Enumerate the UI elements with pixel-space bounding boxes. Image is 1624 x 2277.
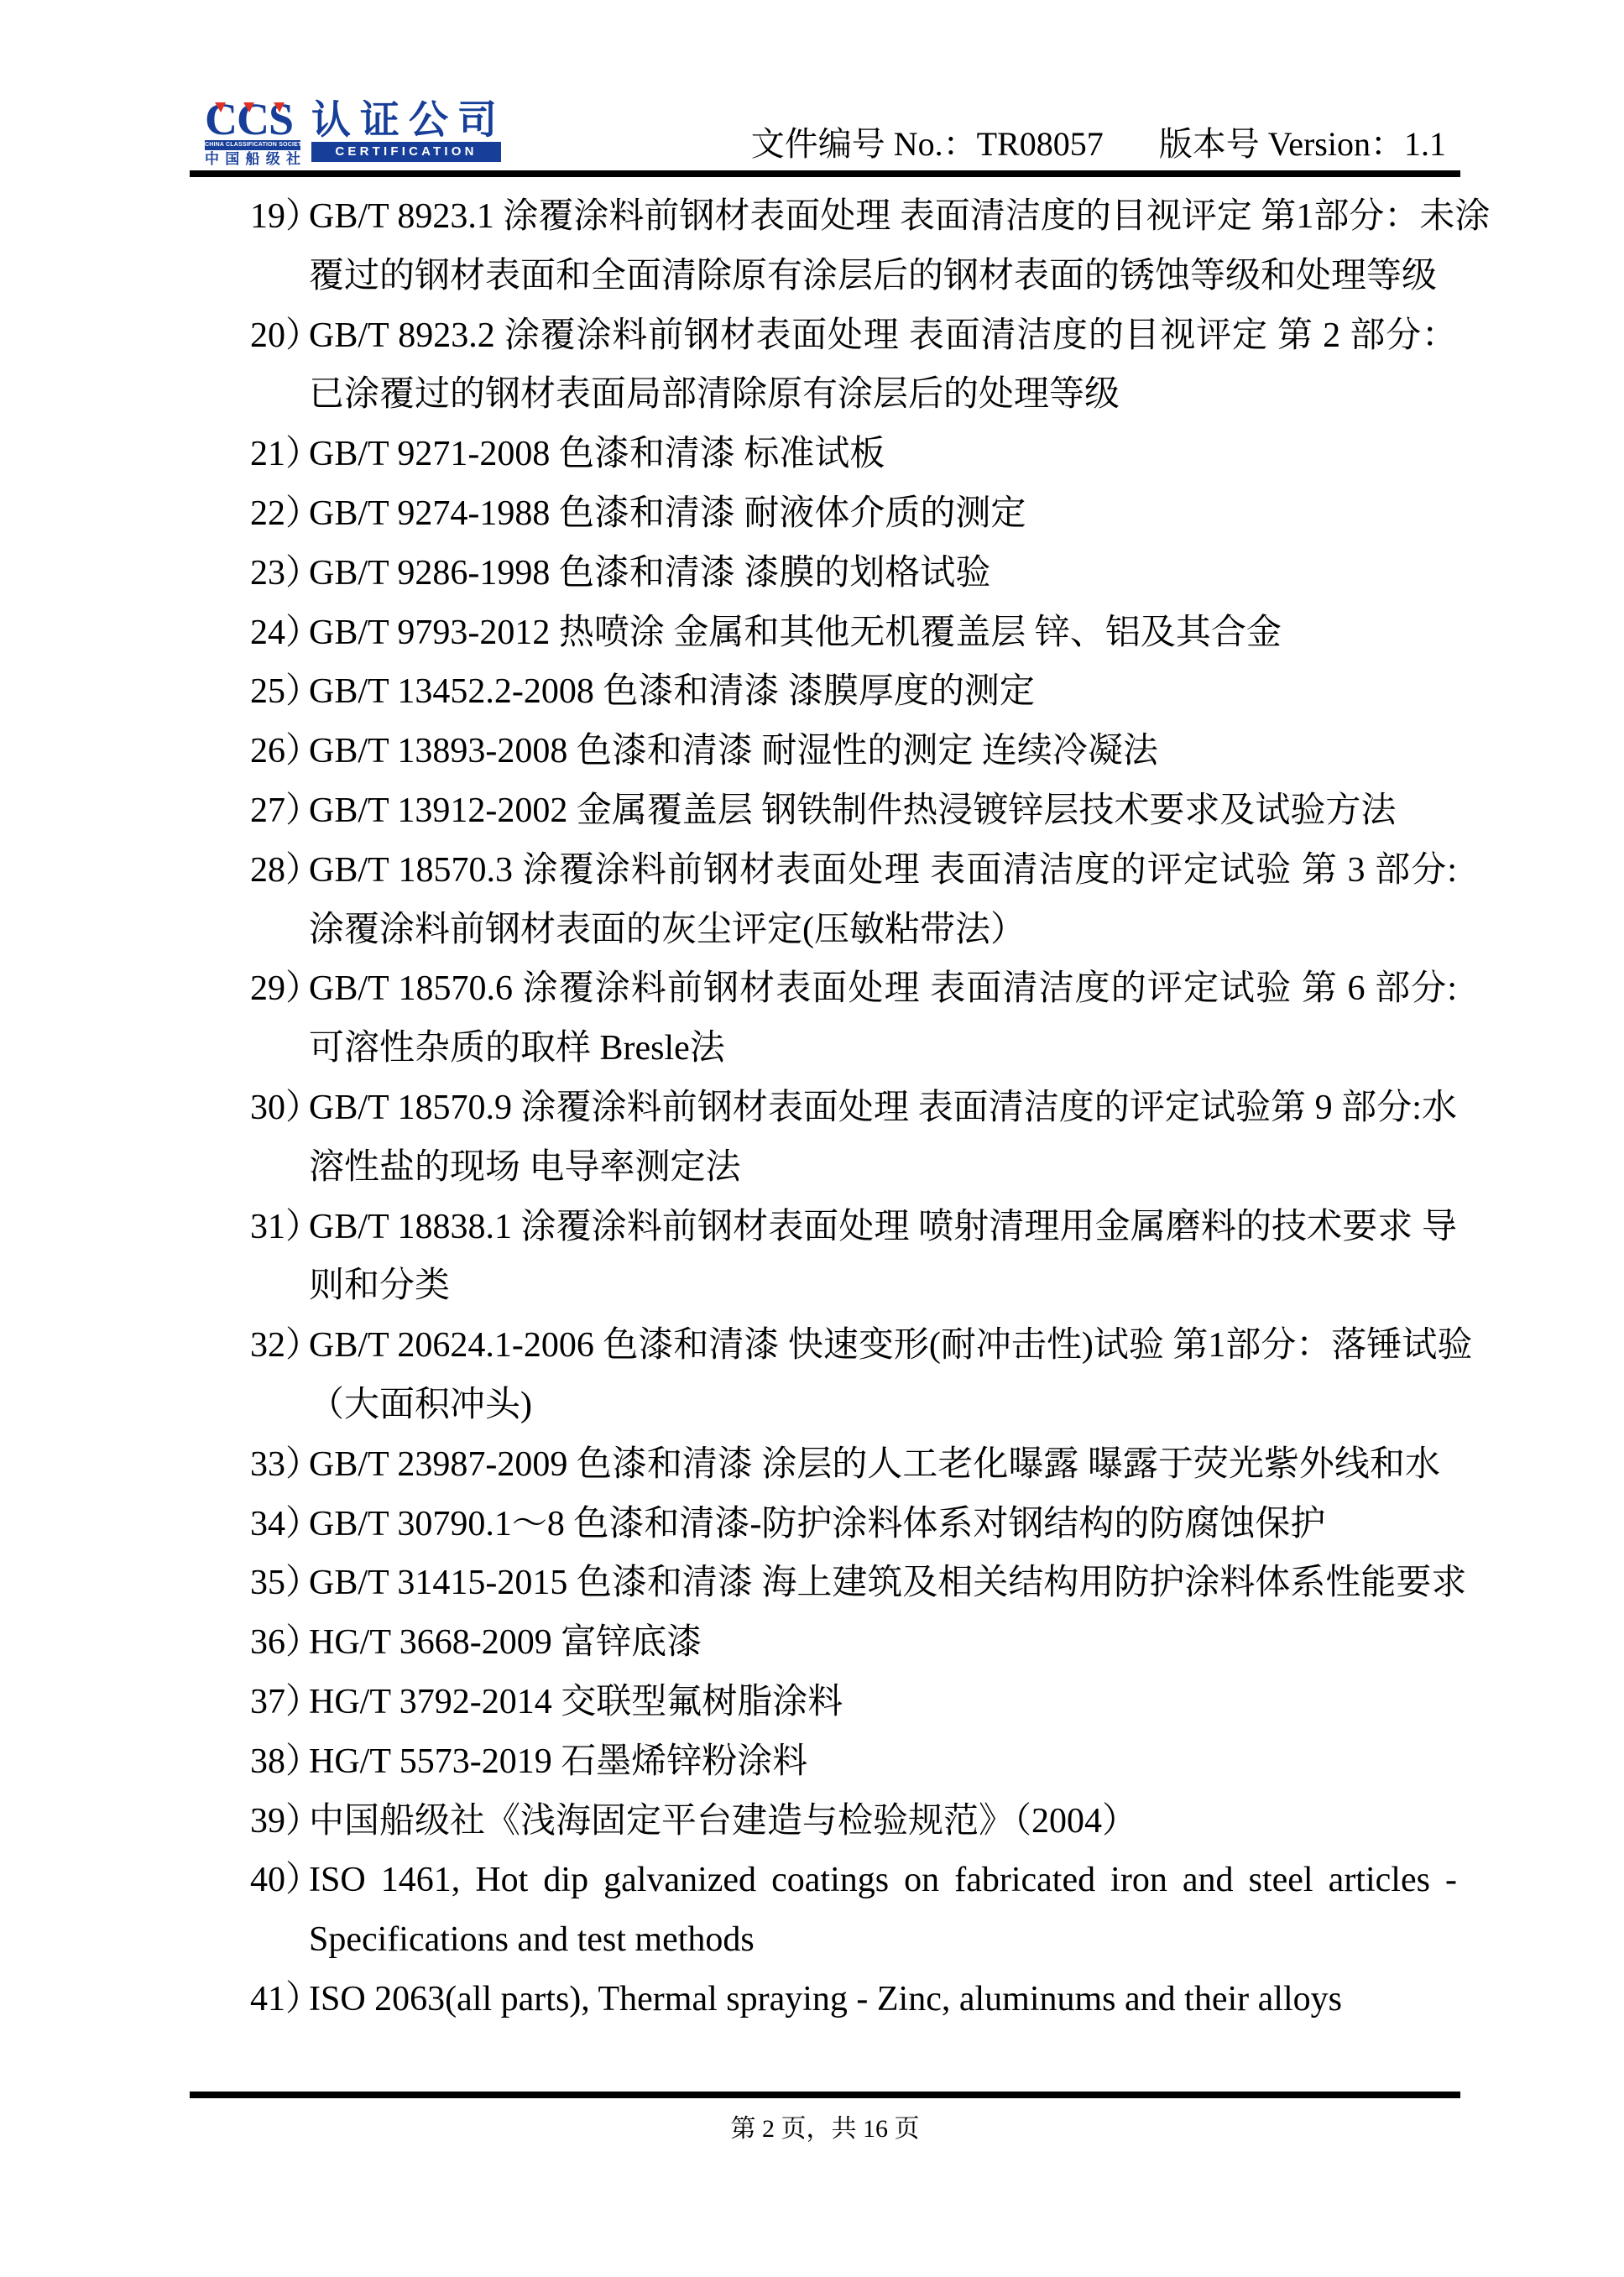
list-item-line: Specifications and test methods: [309, 1910, 1457, 1970]
list-item-line: HG/T 3668-2009 富锌底漆: [309, 1613, 1457, 1673]
list-item: 41）ISO 2063(all parts), Thermal spraying…: [250, 1970, 1457, 2029]
society-name-cn-char: 级: [266, 152, 280, 166]
list-item-number: 19）: [250, 187, 321, 247]
list-item-line: GB/T 9274-1988 色漆和清漆 耐液体介质的测定: [309, 484, 1457, 544]
list-item-number: 23）: [250, 544, 321, 603]
list-item-number: 29）: [250, 959, 321, 1019]
list-item-line: GB/T 23987-2009 色漆和清漆 涂层的人工老化曝露 曝露于荧光紫外线…: [309, 1435, 1457, 1495]
list-item: 22）GB/T 9274-1988 色漆和清漆 耐液体介质的测定: [250, 484, 1457, 544]
list-item: 19）GB/T 8923.1 涂覆涂料前钢材表面处理 表面清洁度的目视评定 第1…: [250, 187, 1457, 306]
list-item-line: （大面积冲头): [309, 1376, 1457, 1435]
list-item: 26）GB/T 13893-2008 色漆和清漆 耐湿性的测定 连续冷凝法: [250, 722, 1457, 781]
list-item: 34）GB/T 30790.1～8 色漆和清漆-防护涂料体系对钢结构的防腐蚀保护: [250, 1495, 1457, 1554]
list-item: 23）GB/T 9286-1998 色漆和清漆 漆膜的划格试验: [250, 544, 1457, 603]
list-item: 35）GB/T 31415-2015 色漆和清漆 海上建筑及相关结构用防护涂料体…: [250, 1554, 1457, 1613]
list-item-number: 33）: [250, 1435, 321, 1495]
list-item-line: GB/T 9793-2012 热喷涂 金属和其他无机覆盖层 锌、铝及其合金: [309, 603, 1457, 663]
list-item-number: 34）: [250, 1495, 321, 1554]
list-item-number: 40）: [250, 1851, 321, 1910]
list-item-line: HG/T 5573-2019 石墨烯锌粉涂料: [309, 1732, 1457, 1792]
list-item: 37）HG/T 3792-2014 交联型氟树脂涂料: [250, 1673, 1457, 1732]
list-item-line: GB/T 13912-2002 金属覆盖层 钢铁制件热浸镀锌层技术要求及试验方法: [309, 781, 1457, 841]
certification-banner: CERTIFICATION: [311, 142, 501, 162]
list-item-line: GB/T 9286-1998 色漆和清漆 漆膜的划格试验: [309, 544, 1457, 603]
list-item: 24）GB/T 9793-2012 热喷涂 金属和其他无机覆盖层 锌、铝及其合金: [250, 603, 1457, 663]
list-item-line: 覆过的钢材表面和全面清除原有涂层后的钢材表面的锈蚀等级和处理等级: [309, 247, 1457, 306]
list-item-number: 25）: [250, 662, 321, 722]
list-item-number: 21）: [250, 425, 321, 484]
list-item: 32）GB/T 20624.1-2006 色漆和清漆 快速变形(耐冲击性)试验 …: [250, 1316, 1457, 1435]
list-item: 36）HG/T 3668-2009 富锌底漆: [250, 1613, 1457, 1673]
list-item: 20）GB/T 8923.2 涂覆涂料前钢材表面处理 表面清洁度的目视评定 第 …: [250, 306, 1457, 426]
list-item-number: 27）: [250, 781, 321, 841]
list-item-number: 31）: [250, 1198, 321, 1257]
header-divider: [190, 170, 1460, 177]
list-item-number: 24）: [250, 603, 321, 663]
list-item-line: 则和分类: [309, 1256, 1457, 1316]
list-item: 29）GB/T 18570.6 涂覆涂料前钢材表面处理 表面清洁度的评定试验 第…: [250, 959, 1457, 1078]
list-item: 30）GB/T 18570.9 涂覆涂料前钢材表面处理 表面清洁度的评定试验第 …: [250, 1078, 1457, 1198]
list-item: 33）GB/T 23987-2009 色漆和清漆 涂层的人工老化曝露 曝露于荧光…: [250, 1435, 1457, 1495]
list-item-line: 已涂覆过的钢材表面局部清除原有涂层后的处理等级: [309, 365, 1457, 425]
version-number: 版本号 Version：1.1: [1159, 125, 1446, 163]
ccs-logo: CCS CHINA CLASSIFICATION SOCIETY 中国船级社 认…: [205, 101, 506, 166]
list-item: 27）GB/T 13912-2002 金属覆盖层 钢铁制件热浸镀锌层技术要求及试…: [250, 781, 1457, 841]
list-item-line: 可溶性杂质的取样 Bresle法: [309, 1019, 1457, 1078]
society-name-cn: 中国船级社: [205, 152, 300, 166]
list-item-number: 35）: [250, 1554, 321, 1613]
document-header-info: 文件编号 No.：TR08057版本号 Version：1.1: [751, 126, 1446, 163]
list-item-number: 22）: [250, 484, 321, 544]
list-item-line: GB/T 8923.2 涂覆涂料前钢材表面处理 表面清洁度的目视评定 第 2 部…: [309, 306, 1457, 366]
society-name-cn-char: 中: [205, 152, 219, 166]
list-item-line: GB/T 8923.1 涂覆涂料前钢材表面处理 表面清洁度的目视评定 第1部分：…: [309, 187, 1457, 247]
list-item: 21）GB/T 9271-2008 色漆和清漆 标准试板: [250, 425, 1457, 484]
list-item-line: HG/T 3792-2014 交联型氟树脂涂料: [309, 1673, 1457, 1732]
list-item-line: GB/T 31415-2015 色漆和清漆 海上建筑及相关结构用防护涂料体系性能…: [309, 1554, 1457, 1613]
list-item-line: 涂覆涂料前钢材表面的灰尘评定(压敏粘带法）: [309, 901, 1457, 960]
document-number: 文件编号 No.：TR08057: [751, 125, 1104, 163]
document-page: { "page": {"width": 1935, "height": 2713…: [0, 0, 1624, 2277]
list-item-line: ISO 1461, Hot dip galvanized coatings on…: [309, 1851, 1457, 1910]
list-item: 31）GB/T 18838.1 涂覆涂料前钢材表面处理 喷射清理用金属磨料的技术…: [250, 1198, 1457, 1317]
ccs-logo-right: 认证公司 CERTIFICATION: [311, 101, 506, 162]
list-item-number: 38）: [250, 1732, 321, 1792]
list-item-line: GB/T 9271-2008 色漆和清漆 标准试板: [309, 425, 1457, 484]
list-item-line: ISO 2063(all parts), Thermal spraying - …: [309, 1970, 1457, 2029]
list-item-line: GB/T 30790.1～8 色漆和清漆-防护涂料体系对钢结构的防腐蚀保护: [309, 1495, 1457, 1554]
list-item-number: 32）: [250, 1316, 321, 1376]
standards-list: 19）GB/T 8923.1 涂覆涂料前钢材表面处理 表面清洁度的目视评定 第1…: [250, 187, 1457, 2029]
list-item-line: 溶性盐的现场 电导率测定法: [309, 1138, 1457, 1198]
footer-divider: [190, 2092, 1460, 2098]
list-item: 40）ISO 1461, Hot dip galvanized coatings…: [250, 1851, 1457, 1970]
list-item-line: GB/T 13893-2008 色漆和清漆 耐湿性的测定 连续冷凝法: [309, 722, 1457, 781]
list-item-line: GB/T 18838.1 涂覆涂料前钢材表面处理 喷射清理用金属磨料的技术要求 …: [309, 1198, 1457, 1257]
list-item: 39）中国船级社《浅海固定平台建造与检验规范》（2004）: [250, 1792, 1457, 1851]
list-item-number: 20）: [250, 306, 321, 366]
page-number: 第 2 页，共 16 页: [190, 2114, 1460, 2144]
list-item-line: 中国船级社《浅海固定平台建造与检验规范》（2004）: [309, 1792, 1457, 1851]
ccs-logo-left: CCS CHINA CLASSIFICATION SOCIETY 中国船级社: [205, 101, 300, 166]
society-name-en: CHINA CLASSIFICATION SOCIETY: [205, 140, 300, 150]
list-item-line: GB/T 18570.6 涂覆涂料前钢材表面处理 表面清洁度的评定试验 第 6 …: [309, 959, 1457, 1019]
list-item: 28）GB/T 18570.3 涂覆涂料前钢材表面处理 表面清洁度的评定试验 第…: [250, 841, 1457, 960]
list-item: 38）HG/T 5573-2019 石墨烯锌粉涂料: [250, 1732, 1457, 1792]
list-item-number: 36）: [250, 1613, 321, 1673]
list-item-number: 28）: [250, 841, 321, 901]
list-item-number: 30）: [250, 1078, 321, 1138]
list-item-number: 26）: [250, 722, 321, 781]
society-name-cn-char: 国: [225, 152, 239, 166]
list-item-line: GB/T 18570.9 涂覆涂料前钢材表面处理 表面清洁度的评定试验第 9 部…: [309, 1078, 1457, 1138]
list-item-line: GB/T 18570.3 涂覆涂料前钢材表面处理 表面清洁度的评定试验 第 3 …: [309, 841, 1457, 901]
list-item-line: GB/T 20624.1-2006 色漆和清漆 快速变形(耐冲击性)试验 第1部…: [309, 1316, 1457, 1376]
list-item-line: GB/T 13452.2-2008 色漆和清漆 漆膜厚度的测定: [309, 662, 1457, 722]
list-item: 25）GB/T 13452.2-2008 色漆和清漆 漆膜厚度的测定: [250, 662, 1457, 722]
list-item-number: 37）: [250, 1673, 321, 1732]
list-item-number: 41）: [250, 1970, 321, 2029]
society-name-cn-char: 社: [286, 152, 300, 166]
list-item-number: 39）: [250, 1792, 321, 1851]
company-name-cn: 认证公司: [311, 101, 506, 139]
society-name-cn-char: 船: [246, 152, 260, 166]
